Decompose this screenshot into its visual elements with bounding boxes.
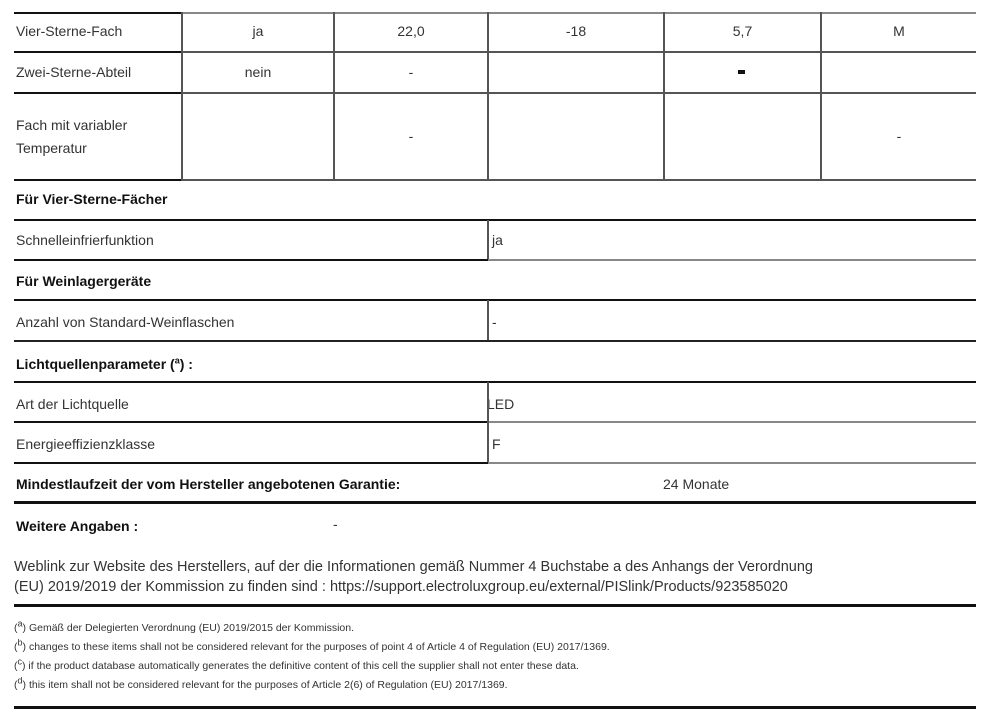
divider [14,381,976,383]
footnote-text: if the product database automatically ge… [28,660,578,672]
column-divider [487,300,489,340]
section-heading: Lichtquellenparameter (a) : [16,356,193,372]
footnote-mark: b [18,638,23,648]
row-label: Fach mit variabler [16,117,127,133]
table-bottom-border [182,179,976,181]
footnote-mark: c [18,657,23,667]
table-cell: ja [183,23,333,39]
table-cell: - [335,128,487,144]
row-label: Temperatur [16,140,87,156]
section-heading: Für Weinlagergeräte [16,273,151,289]
row-divider [182,92,976,94]
row-divider [14,92,182,94]
heading-tail: ) : [180,356,193,372]
divider [14,462,488,464]
row-divider [182,51,976,53]
column-divider [487,382,489,463]
divider [488,421,976,423]
table-cell: - [822,128,976,144]
heading-text: Lichtquellenparameter ( [16,356,175,372]
table-top-border [182,12,976,14]
divider [14,259,488,261]
more-info-label: Weitere Angaben : [16,518,138,534]
divider [14,219,976,221]
table-cell: nein [183,64,333,80]
table-cell: M [822,23,976,39]
field-label: Anzahl von Standard-Weinflaschen [16,314,234,330]
guarantee-label: Mindestlaufzeit der vom Hersteller angeb… [16,476,400,492]
weblink-url[interactable]: https://support.electroluxgroup.eu/exter… [330,579,788,595]
table-bottom-border [14,179,182,181]
footnote-item: (d) this item shall not be considered re… [14,679,508,691]
weblink-paragraph: Weblink zur Website des Herstellers, auf… [14,557,964,597]
weblink-text-line2: (EU) 2019/2019 der Kommission zu finden … [14,577,964,597]
footnote-text: this item shall not be considered releva… [29,679,508,691]
table-cell: -18 [489,23,663,39]
column-divider [487,220,489,260]
table-cell: 5,7 [665,23,820,39]
guarantee-value: 24 Monate [663,476,729,492]
section-heading: Für Vier-Sterne-Fächer [16,191,167,207]
divider [488,462,976,464]
table-cell-dash [738,70,745,74]
table-cell: - [335,64,487,80]
footnote-mark: d [18,676,23,686]
footnote-item: (c) if the product database automaticall… [14,660,579,672]
divider [488,259,976,261]
more-info-value: - [333,516,338,532]
table-cell: 22,0 [335,23,487,39]
footnote-text: Gemäß der Delegierten Verordnung (EU) 20… [29,622,354,634]
field-label: Energieeffizienzklasse [16,436,155,452]
footnote-item: (a) Gemäß der Delegierten Verordnung (EU… [14,622,354,634]
divider [14,501,976,504]
divider [14,604,976,607]
weblink-text-line1: Weblink zur Website des Herstellers, auf… [14,557,964,577]
footnote-mark: a [18,619,23,629]
table-top-border-left [14,12,182,14]
divider [14,340,976,342]
field-value: F [492,436,501,452]
weblink-prefix: (EU) 2019/2019 der Kommission zu finden … [14,579,330,595]
field-label: Schnelleinfrierfunktion [16,232,154,248]
row-divider [14,51,182,53]
field-value: ja [492,232,503,248]
divider [14,421,488,423]
field-label: Art der Lichtquelle [16,396,129,412]
footnote-text: changes to these items shall not be cons… [29,641,610,653]
row-label: Zwei-Sterne-Abteil [16,64,131,80]
field-value: LED [487,396,514,412]
field-value: - [492,314,497,330]
row-label: Vier-Sterne-Fach [16,23,122,39]
divider [14,299,976,301]
divider [14,706,976,709]
footnote-item: (b) changes to these items shall not be … [14,641,610,653]
